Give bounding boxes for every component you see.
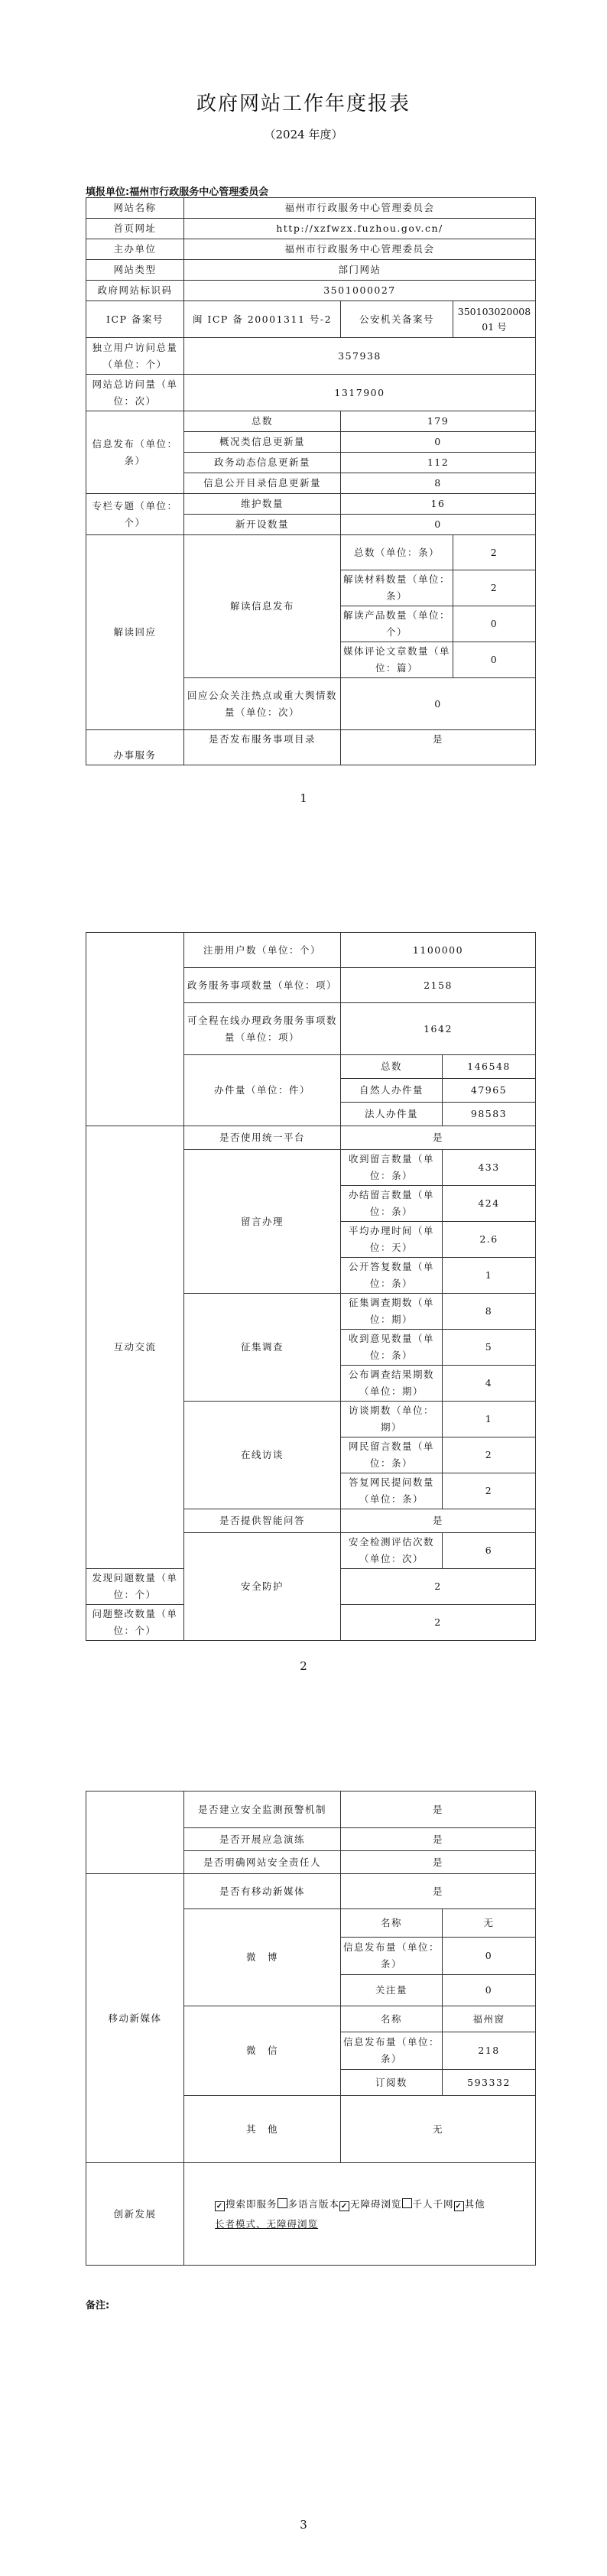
security-row-label: 安全检测评估次数（单位：次） xyxy=(341,1533,443,1569)
columns-row-label: 维护数量 xyxy=(184,494,341,515)
message-row-label: 公开答复数量（单位：条） xyxy=(341,1258,443,1294)
info-row-value: 0 xyxy=(341,432,536,453)
label-innovation: 创新发展 xyxy=(86,2163,184,2266)
message-row-value: 1 xyxy=(443,1258,536,1294)
security-row-label: 发现问题数量（单位：个） xyxy=(86,1569,184,1605)
checkbox-accessibility[interactable]: ✓无障碍浏览 xyxy=(339,2198,402,2210)
interview-row-label: 答复网民提问数量（单位：条） xyxy=(341,1473,443,1509)
remarks-label: 备注: xyxy=(86,2297,109,2311)
info-row-value: 8 xyxy=(341,473,536,494)
interview-row-value: 2 xyxy=(443,1473,536,1509)
interpret-row-value: 2 xyxy=(453,570,536,606)
wechat-row-label: 信息发布量（单位：条） xyxy=(341,2032,443,2070)
survey-row-value: 4 xyxy=(443,1366,536,1402)
label-icp: ICP 备案号 xyxy=(86,301,184,338)
label-site-name: 网站名称 xyxy=(86,198,184,219)
report-table-page3: 是否建立安全监测预警机制是 是否开展应急演练是 是否明确网站安全责任人是 移动新… xyxy=(86,1791,536,2266)
page-title: 政府网站工作年度报表 xyxy=(0,88,607,116)
info-row-value: 179 xyxy=(341,411,536,432)
weibo-row-label: 信息发布量（单位：条） xyxy=(341,1938,443,1975)
value-hot-response: 0 xyxy=(341,678,536,730)
value-code: 3501000027 xyxy=(184,281,536,301)
wechat-row-value: 218 xyxy=(443,2032,536,2070)
label-service-catalog: 是否发布服务事项目录 xyxy=(184,730,341,765)
label-media: 移动新媒体 xyxy=(86,1874,184,2163)
info-row-label: 总数 xyxy=(184,411,341,432)
value-type: 部门网站 xyxy=(184,260,536,281)
label-hot-response: 回应公众关注热点或重大舆情数量（单位：次） xyxy=(184,678,341,730)
survey-row-label: 公布调查结果期数（单位：期） xyxy=(341,1366,443,1402)
interpret-row-label: 解读产品数量（单位：个） xyxy=(341,606,453,642)
filler-unit: 填报单位:福州市行政服务中心管理委员会 xyxy=(86,184,268,198)
interview-row-label: 网民留言数量（单位：条） xyxy=(341,1437,443,1473)
label-survey: 征集调查 xyxy=(184,1294,341,1402)
label-uv: 独立用户访问总量（单位：个） xyxy=(86,338,184,375)
interpret-row-label: 媒体评论文章数量（单位：篇） xyxy=(341,642,453,678)
columns-row-value: 16 xyxy=(341,494,536,515)
checkbox-checked-icon: ✓ xyxy=(454,2201,464,2211)
interview-row-label: 访谈期数（单位：期） xyxy=(341,1402,443,1437)
wechat-row-value: 福州窗 xyxy=(443,2006,536,2032)
innovation-other-text: 长者模式、无障碍浏览 xyxy=(215,2218,318,2230)
label-host: 主办单位 xyxy=(86,239,184,260)
value-platform: 是 xyxy=(341,1126,536,1150)
cases-row-value: 47965 xyxy=(443,1079,536,1103)
survey-row-value: 5 xyxy=(443,1330,536,1366)
checkbox-search-service[interactable]: ✓搜索即服务 xyxy=(215,2198,278,2210)
value-service-catalog: 是 xyxy=(341,730,536,765)
wechat-row-label: 名称 xyxy=(341,2006,443,2032)
label-platform: 是否使用统一平台 xyxy=(184,1126,341,1150)
label-interpret-publish: 解读信息发布 xyxy=(184,535,341,678)
weibo-row-value: 无 xyxy=(443,1909,536,1938)
value-other-media: 无 xyxy=(341,2096,536,2163)
wechat-row-label: 订阅数 xyxy=(341,2070,443,2096)
value-smart-qa: 是 xyxy=(341,1509,536,1533)
label-weibo: 微 博 xyxy=(184,1909,341,2006)
label-has-media: 是否有移动新媒体 xyxy=(184,1874,341,1909)
label-security: 安全防护 xyxy=(184,1533,341,1641)
cases-row-label: 自然人办件量 xyxy=(341,1079,443,1103)
service-continued xyxy=(86,933,184,1126)
label-pv: 网站总访问量（单位：次） xyxy=(86,375,184,411)
label-other-media: 其 他 xyxy=(184,2096,341,2163)
cases-row-value: 146548 xyxy=(443,1055,536,1079)
innovation-options: ✓搜索即服务多语言版本✓无障碍浏览千人千网✓其他 长者模式、无障碍浏览 xyxy=(184,2163,536,2266)
security-row-label: 是否开展应急演练 xyxy=(184,1828,341,1851)
cases-row-label: 总数 xyxy=(341,1055,443,1079)
weibo-row-label: 名称 xyxy=(341,1909,443,1938)
cases-row-value: 98583 xyxy=(443,1103,536,1126)
security-row-value: 是 xyxy=(341,1851,536,1874)
message-row-label: 收到留言数量（单位：条） xyxy=(341,1150,443,1186)
label-smart-qa: 是否提供智能问答 xyxy=(184,1509,341,1533)
security-row-value: 2 xyxy=(341,1569,536,1605)
survey-row-value: 8 xyxy=(443,1294,536,1330)
cases-row-label: 法人办件量 xyxy=(341,1103,443,1126)
label-info-publish: 信息发布（单位：条） xyxy=(86,411,184,494)
page-number: 1 xyxy=(0,791,607,805)
wechat-row-value: 593332 xyxy=(443,2070,536,2096)
page-number: 2 xyxy=(0,1659,607,1673)
label-wechat: 微 信 xyxy=(184,2006,341,2096)
security-row-value: 2 xyxy=(341,1605,536,1641)
interpret-row-label: 总数（单位：条） xyxy=(341,535,453,570)
value-icp: 闽 ICP 备 20001311 号-2 xyxy=(184,301,341,338)
checkbox-personalized[interactable]: 千人千网 xyxy=(402,2198,454,2210)
label-interaction: 互动交流 xyxy=(86,1126,184,1569)
label-message: 留言办理 xyxy=(184,1150,341,1294)
checkbox-unchecked-icon xyxy=(278,2198,287,2208)
report-table-page2: 注册用户数（单位：个）1100000 政务服务事项数量（单位：项）2158 可全… xyxy=(86,932,536,1641)
security-row-label: 是否建立安全监测预警机制 xyxy=(184,1792,341,1828)
label-service: 办事服务 xyxy=(86,730,184,765)
info-row-label: 信息公开目录信息更新量 xyxy=(184,473,341,494)
message-row-value: 433 xyxy=(443,1150,536,1186)
info-row-label: 概况类信息更新量 xyxy=(184,432,341,453)
interview-row-value: 2 xyxy=(443,1437,536,1473)
message-row-label: 办结留言数量（单位：条） xyxy=(341,1186,443,1222)
report-year: （2024 年度） xyxy=(0,126,607,142)
columns-row-value: 0 xyxy=(341,515,536,535)
value-has-media: 是 xyxy=(341,1874,536,1909)
value-uv: 357938 xyxy=(184,338,536,375)
message-row-label: 平均办理时间（单位：天） xyxy=(341,1222,443,1258)
message-row-value: 424 xyxy=(443,1186,536,1222)
label-cases: 办件量（单位：件） xyxy=(184,1055,341,1126)
info-row-label: 政务动态信息更新量 xyxy=(184,453,341,473)
security-row-value: 是 xyxy=(341,1828,536,1851)
security-row-value: 6 xyxy=(443,1533,536,1569)
value-pv: 1317900 xyxy=(184,375,536,411)
label-interpret: 解读回应 xyxy=(86,535,184,730)
checkbox-multilingual[interactable]: 多语言版本 xyxy=(278,2198,340,2210)
label-police: 公安机关备案号 xyxy=(341,301,453,338)
interview-row-value: 1 xyxy=(443,1402,536,1437)
report-table-page1: 网站名称福州市行政服务中心管理委员会 首页网址http://xzfwzx.fuz… xyxy=(86,197,536,765)
value-site-name: 福州市行政服务中心管理委员会 xyxy=(184,198,536,219)
survey-row-label: 收到意见数量（单位：条） xyxy=(341,1330,443,1366)
info-row-value: 112 xyxy=(341,453,536,473)
label-type: 网站类型 xyxy=(86,260,184,281)
label-registered-users: 注册用户数（单位：个） xyxy=(184,933,341,968)
weibo-row-value: 0 xyxy=(443,1938,536,1975)
page-number: 3 xyxy=(0,2518,607,2532)
checkbox-other[interactable]: ✓其他 xyxy=(454,2198,485,2210)
value-host: 福州市行政服务中心管理委员会 xyxy=(184,239,536,260)
security-continued xyxy=(86,1792,184,1874)
value-url[interactable]: http://xzfwzx.fuzhou.gov.cn/ xyxy=(184,219,536,239)
checkbox-checked-icon: ✓ xyxy=(339,2201,349,2211)
label-code: 政府网站标识码 xyxy=(86,281,184,301)
survey-row-label: 征集调查期数（单位：期） xyxy=(341,1294,443,1330)
label-url: 首页网址 xyxy=(86,219,184,239)
interpret-row-value: 0 xyxy=(453,642,536,678)
label-interview: 在线访谈 xyxy=(184,1402,341,1509)
columns-row-label: 新开设数量 xyxy=(184,515,341,535)
checkbox-unchecked-icon xyxy=(402,2198,412,2208)
value-police: 35010302000801 号 xyxy=(453,301,536,338)
interpret-row-label: 解读材料数量（单位：条） xyxy=(341,570,453,606)
security-row-label: 是否明确网站安全责任人 xyxy=(184,1851,341,1874)
label-online-items: 可全程在线办理政务服务事项数量（单位：项） xyxy=(184,1003,341,1055)
security-row-value: 是 xyxy=(341,1792,536,1828)
value-service-items: 2158 xyxy=(341,968,536,1003)
interpret-row-value: 2 xyxy=(453,535,536,570)
message-row-value: 2.6 xyxy=(443,1222,536,1258)
label-columns: 专栏专题（单位：个） xyxy=(86,494,184,535)
security-row-label: 问题整改数量（单位：个） xyxy=(86,1605,184,1641)
weibo-row-value: 0 xyxy=(443,1975,536,2006)
value-registered-users: 1100000 xyxy=(341,933,536,968)
value-online-items: 1642 xyxy=(341,1003,536,1055)
interpret-row-value: 0 xyxy=(453,606,536,642)
checkbox-checked-icon: ✓ xyxy=(215,2201,225,2211)
label-service-items: 政务服务事项数量（单位：项） xyxy=(184,968,341,1003)
weibo-row-label: 关注量 xyxy=(341,1975,443,2006)
